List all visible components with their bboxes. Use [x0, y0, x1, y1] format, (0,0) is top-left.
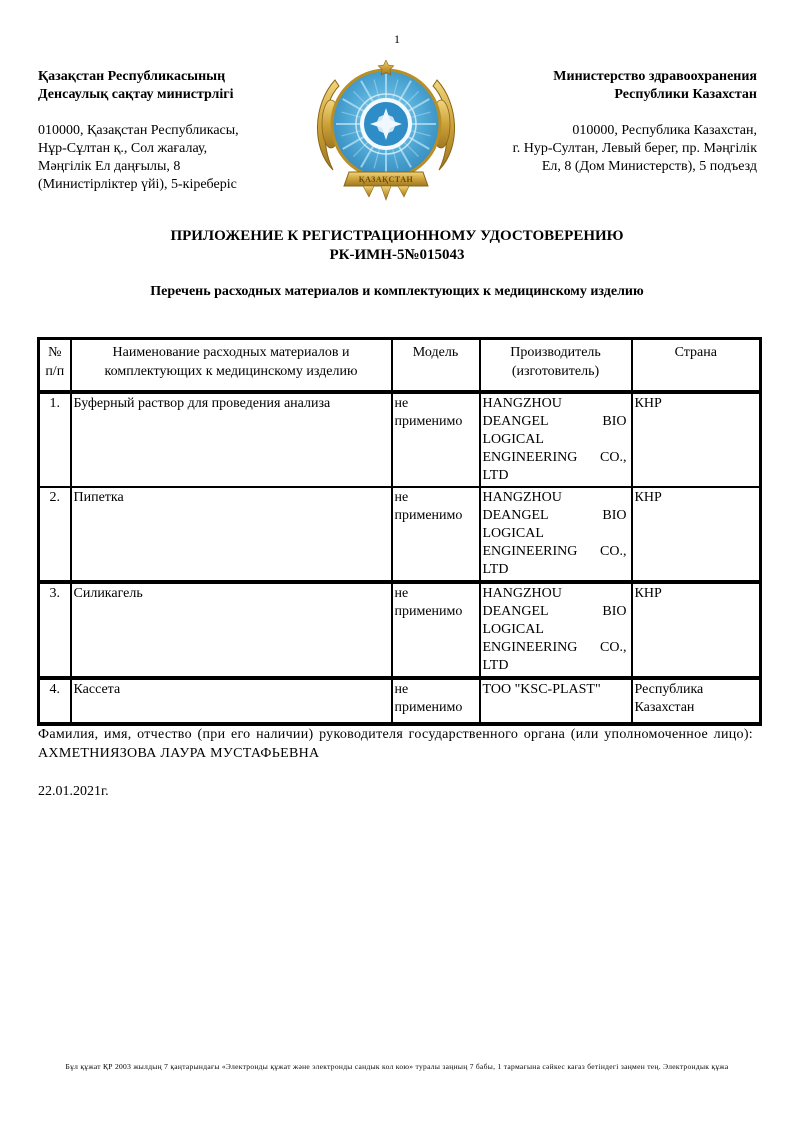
cell-manufacturer: HANGZHOU DEANGEL BIO LOGICAL ENGINEERING…	[480, 582, 632, 678]
address-kk-line1: 010000, Қазақстан Республикасы,	[38, 122, 310, 140]
kazakhstan-coat-of-arms-icon: ҚАЗАҚСТАН	[311, 60, 461, 207]
cell-row-number: 1.	[39, 392, 71, 487]
column-header-model: Модель	[392, 339, 480, 392]
ministry-address-kazakh: 010000, Қазақстан Республикасы, Нұр-Сұлт…	[38, 122, 310, 194]
ministry-title-kazakh: Қазақстан Республикасының Денсаулық сақт…	[38, 68, 310, 104]
cell-row-number: 2.	[39, 487, 71, 582]
cell-country: КНР	[632, 582, 761, 678]
cell-item-name: Пипетка	[71, 487, 392, 582]
legal-footer-text: Бұл құжат ҚР 2003 жылдың 7 қаңтарындағы …	[0, 1062, 794, 1071]
table-header-row: № п/п Наименование расходных материалов …	[39, 339, 761, 392]
cell-model: не применимо	[392, 678, 480, 724]
document-header: Қазақстан Республикасының Денсаулық сақт…	[38, 60, 757, 207]
consumables-table: № п/п Наименование расходных материалов …	[37, 337, 762, 726]
address-ru-line1: 010000, Республика Казахстан,	[462, 122, 757, 140]
column-header-country: Страна	[632, 339, 761, 392]
document-title: ПРИЛОЖЕНИЕ К РЕГИСТРАЦИОННОМУ УДОСТОВЕРЕ…	[0, 227, 794, 265]
cell-manufacturer: ТОО "KSC-PLAST"	[480, 678, 632, 724]
ministry-address-russian: 010000, Республика Казахстан, г. Нур-Сул…	[462, 122, 757, 176]
emblem-banner-text: ҚАЗАҚСТАН	[359, 175, 414, 184]
cell-item-name: Буферный раствор для проведения анализа	[71, 392, 392, 487]
cell-model: не применимо	[392, 487, 480, 582]
signature-date: 22.01.2021г.	[38, 784, 109, 800]
cell-item-name: Силикагель	[71, 582, 392, 678]
cell-country: КНР	[632, 487, 761, 582]
signatory-name-paragraph: Фамилия, имя, отчество (при его наличии)…	[38, 725, 753, 763]
table-row: 2. Пипетка не применимо HANGZHOU DEANGEL…	[39, 487, 761, 582]
cell-model: не применимо	[392, 392, 480, 487]
cell-country: КНР	[632, 392, 761, 487]
address-kk-line4: (Министірліктер үйі), 5-кіреберіс	[38, 176, 310, 194]
address-kk-line3: Мәңгілік Ел даңғылы, 8	[38, 158, 310, 176]
address-ru-line2: г. Нур-Султан, Левый берег, пр. Мәңгілік	[462, 140, 757, 158]
table-row: 1. Буферный раствор для проведения анали…	[39, 392, 761, 487]
cell-row-number: 4.	[39, 678, 71, 724]
ministry-title-kk-line1: Қазақстан Республикасының	[38, 68, 310, 86]
cell-model: не применимо	[392, 582, 480, 678]
cell-manufacturer: HANGZHOU DEANGEL BIO LOGICAL ENGINEERING…	[480, 487, 632, 582]
document-title-line1: ПРИЛОЖЕНИЕ К РЕГИСТРАЦИОННОМУ УДОСТОВЕРЕ…	[0, 227, 794, 246]
ministry-block-kazakh: Қазақстан Республикасының Денсаулық сақт…	[38, 60, 310, 207]
ministry-title-ru-line2: Республики Казахстан	[462, 86, 757, 104]
ministry-title-russian: Министерство здравоохранения Республики …	[462, 68, 757, 104]
ministry-title-kk-line2: Денсаулық сақтау министрлігі	[38, 86, 310, 104]
table-row: 4. Кассета не применимо ТОО "KSC-PLAST" …	[39, 678, 761, 724]
table-row: 3. Силикагель не применимо HANGZHOU DEAN…	[39, 582, 761, 678]
cell-manufacturer: HANGZHOU DEANGEL BIO LOGICAL ENGINEERING…	[480, 392, 632, 487]
document-subtitle: Перечень расходных материалов и комплект…	[0, 284, 794, 300]
column-header-name: Наименование расходных материалов и комп…	[71, 339, 392, 392]
address-kk-line2: Нұр-Сұлтан қ., Сол жағалау,	[38, 140, 310, 158]
registration-number: РК-ИМН-5№015043	[0, 246, 794, 265]
column-header-number: № п/п	[39, 339, 71, 392]
cell-country: Республика Казахстан	[632, 678, 761, 724]
ministry-title-ru-line1: Министерство здравоохранения	[462, 68, 757, 86]
column-header-manufacturer: Производитель (изготовитель)	[480, 339, 632, 392]
cell-item-name: Кассета	[71, 678, 392, 724]
cell-row-number: 3.	[39, 582, 71, 678]
document-page: 1 Қазақстан Республикасының Денсаулық са…	[0, 0, 794, 1123]
ministry-block-russian: Министерство здравоохранения Республики …	[462, 60, 757, 207]
address-ru-line3: Ел, 8 (Дом Министерств), 5 подъезд	[462, 158, 757, 176]
page-number: 1	[0, 32, 794, 47]
